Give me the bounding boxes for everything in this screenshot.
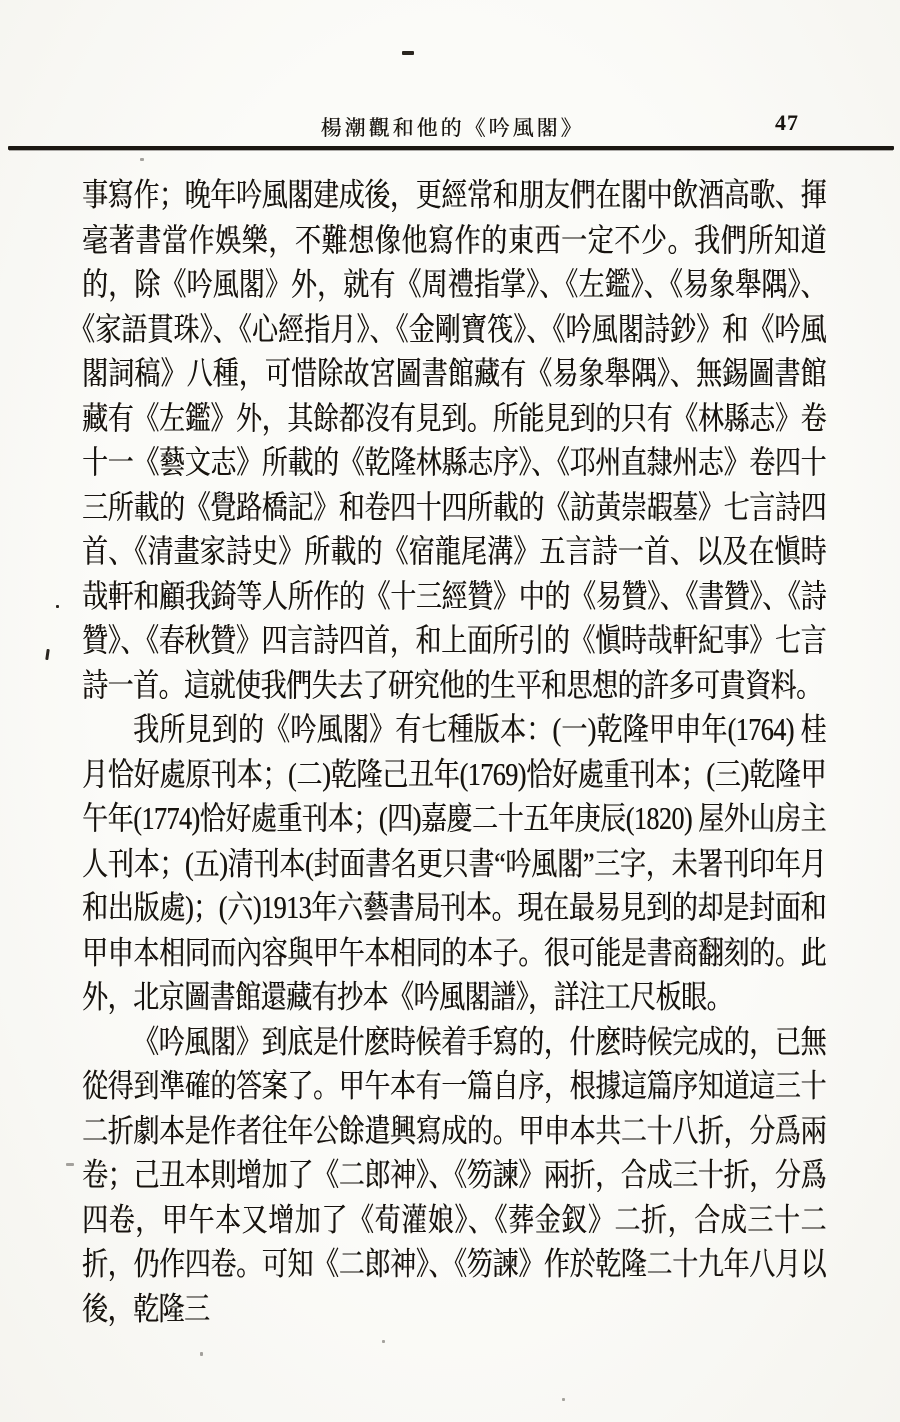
ink-speck xyxy=(562,1398,565,1401)
scanned-book-page: 楊潮觀和他的《吟風閣》 47 事寫作；晚年吟風閣建成後，更經常和朋友們在閣中飲酒… xyxy=(0,0,900,1422)
ink-speck xyxy=(140,158,144,161)
ink-speck xyxy=(45,649,50,660)
ink-speck xyxy=(56,605,59,608)
ink-speck xyxy=(382,1340,385,1343)
running-title: 楊潮觀和他的《吟風閣》 xyxy=(80,112,825,142)
header-rule xyxy=(8,146,894,150)
ink-speck xyxy=(66,1163,74,1166)
body-paragraph: 我所見到的《吟風閣》有七種版本：(一)乾隆甲申年(1764) 桂月恰好處原刊本；… xyxy=(82,708,826,1020)
body-paragraph: 《吟風閣》到底是什麽時候着手寫的，什麽時候完成的，已無從得到準確的答案了。甲午本… xyxy=(82,1020,826,1332)
ink-speck xyxy=(402,51,414,55)
page-number: 47 xyxy=(775,110,799,136)
body-paragraph: 事寫作；晚年吟風閣建成後，更經常和朋友們在閣中飲酒高歌、揮毫著書當作娛樂，不難想… xyxy=(82,174,826,708)
ink-speck xyxy=(200,1352,203,1356)
page-body: 事寫作；晚年吟風閣建成後，更經常和朋友們在閣中飲酒高歌、揮毫著書當作娛樂，不難想… xyxy=(82,174,826,1332)
